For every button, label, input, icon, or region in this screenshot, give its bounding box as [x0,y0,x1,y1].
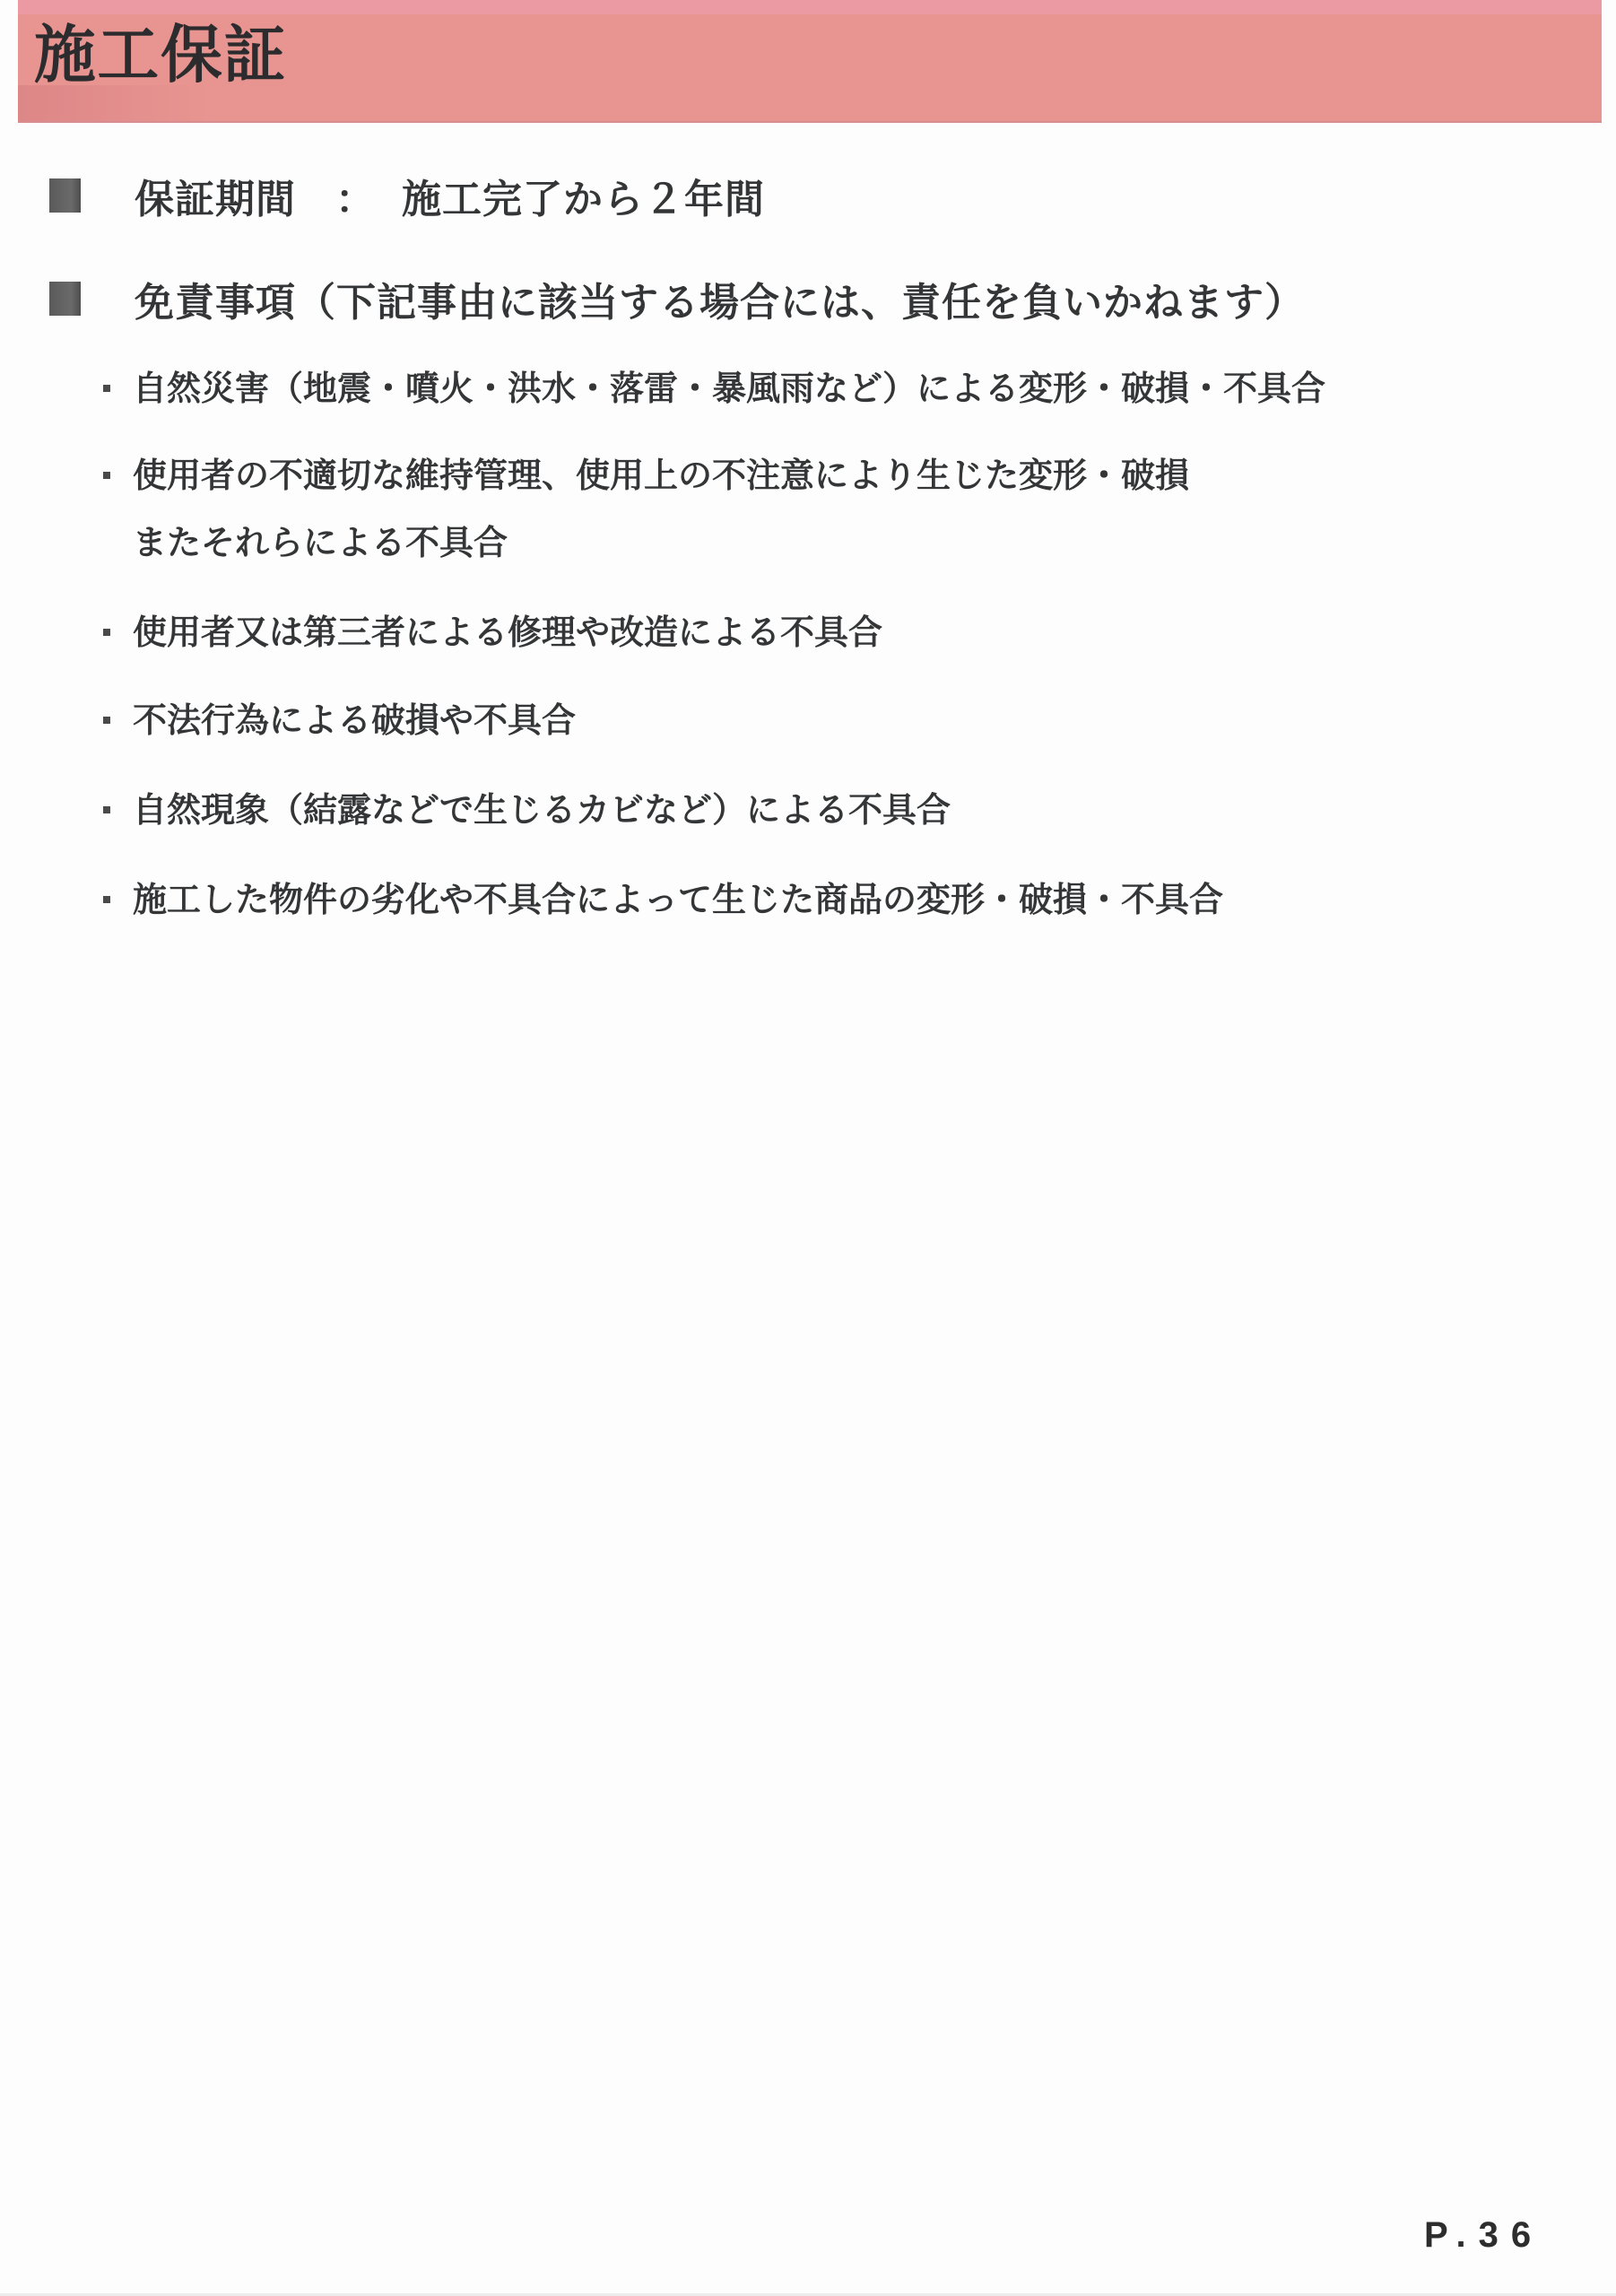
separator-colon: ： [335,167,375,224]
exemption-text: 自然災害（地震・噴火・洪水・落雷・暴風雨など）による変形・破損・不具合 [133,368,1325,409]
exemption-text: 不法行為による破損や不具合 [133,700,576,741]
header-top-strip [18,0,1602,14]
dot-bullet-icon [103,385,110,392]
header-band: 施工保証 [18,0,1602,123]
dot-bullet-icon [103,472,110,479]
exemption-item: 自然災害（地震・噴火・洪水・落雷・暴風雨など）による変形・破損・不具合 [100,368,1325,409]
square-bullet-icon [49,178,81,213]
page-number: P.36 [1424,2215,1543,2256]
page-title: 施工保証 [34,20,287,90]
exemptions-label: 免責事項（下記事由に該当する場合には、責任を負いかねます） [135,270,1305,327]
warranty-period-heading: 保証期間 ： 施工完了から２年間 [49,173,765,218]
warranty-period-label: 保証期間 [135,167,296,224]
dot-bullet-icon [103,629,110,636]
warranty-period-value: 施工完了から２年間 [402,167,765,224]
exemption-item: 使用者又は第三者による修理や改造による不具合 [100,612,882,653]
dot-bullet-icon [103,896,110,903]
exemption-text: 自然現象（結露などで生じるカビなど）による不具合 [133,789,951,831]
exemption-text-continuation: またそれらによる不具合 [133,522,508,563]
exemption-text: 使用者又は第三者による修理や改造による不具合 [133,612,882,653]
exemptions-heading: 免責事項（下記事由に該当する場合には、責任を負いかねます） [49,276,1305,321]
square-bullet-icon [49,282,81,316]
dot-bullet-icon [103,806,110,813]
exemption-item: 自然現象（結露などで生じるカビなど）による不具合 [100,789,951,831]
exemption-item: 施工した物件の劣化や不具合によって生じた商品の変形・破損・不具合 [100,879,1223,920]
dot-bullet-icon [103,717,110,724]
exemption-text: 施工した物件の劣化や不具合によって生じた商品の変形・破損・不具合 [133,879,1223,920]
exemption-item: 使用者の不適切な維持管理、使用上の不注意により生じた変形・破損 [100,455,1189,496]
exemption-item: 不法行為による破損や不具合 [100,700,576,741]
exemption-text: 使用者の不適切な維持管理、使用上の不注意により生じた変形・破損 [133,455,1189,496]
